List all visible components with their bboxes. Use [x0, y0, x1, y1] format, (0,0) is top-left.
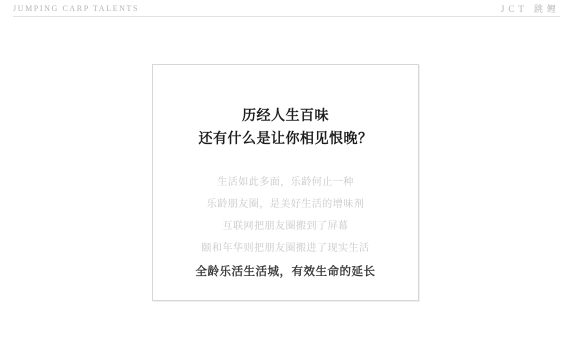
brand-logo-right: JCT 跳鲤 [501, 2, 560, 15]
card-title: 历经人生百味 还有什么是让你相见恨晚？ [153, 104, 418, 150]
card-highlight-line: 全龄乐活生活城，有效生命的延长 [153, 263, 418, 279]
page-header: JUMPING CARP TALENTS JCT 跳鲤 [13, 2, 560, 15]
card-title-line-2: 还有什么是让你相见恨晚？ [153, 127, 418, 150]
card-body-line-1: 生活如此多面，乐龄何止一种 [153, 172, 418, 194]
brand-name-left: JUMPING CARP TALENTS [13, 4, 139, 13]
card-body-line-4: 颐和年华则把朋友圈搬进了现实生活 [153, 238, 418, 260]
header-divider-line [13, 16, 560, 17]
slide-page: JUMPING CARP TALENTS JCT 跳鲤 历经人生百味 还有什么是… [0, 0, 570, 360]
card-body-line-3: 互联网把朋友圈搬到了屏幕 [153, 216, 418, 238]
quote-card: 历经人生百味 还有什么是让你相见恨晚？ 生活如此多面，乐龄何止一种 乐龄朋友圈，… [152, 64, 419, 301]
card-title-line-1: 历经人生百味 [153, 104, 418, 127]
card-body: 生活如此多面，乐龄何止一种 乐龄朋友圈，是美好生活的增味剂 互联网把朋友圈搬到了… [153, 172, 418, 260]
card-body-line-2: 乐龄朋友圈，是美好生活的增味剂 [153, 194, 418, 216]
